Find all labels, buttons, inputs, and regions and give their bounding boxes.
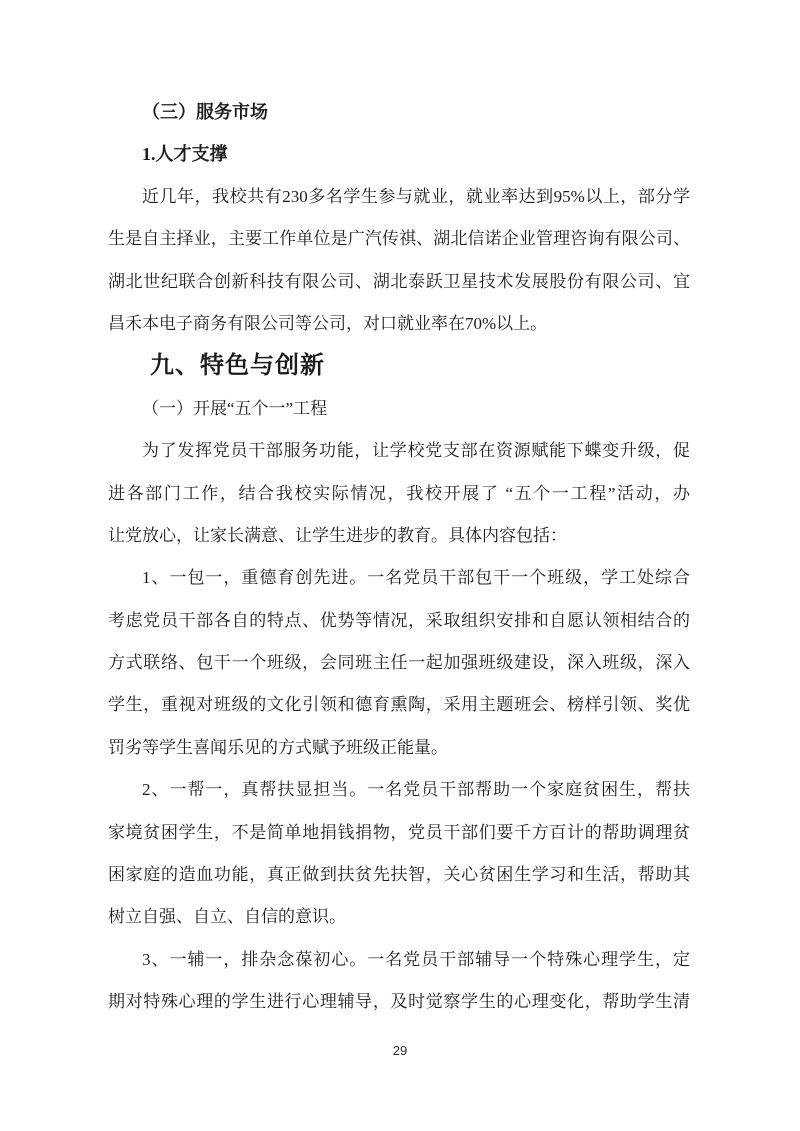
paragraph-line: 学生，重视对班级的文化引领和德育熏陶，采用主题班会、榜样引领、奖优 (108, 684, 690, 726)
paragraph-line-item-3: 3、一辅一，排杂念葆初心。一名党员干部辅导一个特殊心理学生，定 (108, 939, 690, 981)
paragraph-line: 困家庭的造血功能，真正做到扶贫先扶智，关心贫困生学习和生活，帮助其 (108, 854, 690, 896)
section-heading-talent-support: 1.人才支撑 (108, 133, 690, 175)
paragraph-line: 期对特殊心理的学生进行心理辅导，及时觉察学生的心理变化，帮助学生清 (108, 981, 690, 1023)
paragraph-line: 罚劣等学生喜闻乐见的方式赋予班级正能量。 (108, 727, 690, 769)
paragraph-line: 湖北世纪联合创新科技有限公司、湖北泰跃卫星技术发展股份有限公司、宜 (108, 261, 690, 303)
paragraph-line: 方式联络、包干一个班级，会同班主任一起加强班级建设，深入班级，深入 (108, 642, 690, 684)
paragraph-line: 生是自主择业，主要工作单位是广汽传祺、湖北信诺企业管理咨询有限公司、 (108, 218, 690, 260)
page-number: 29 (0, 1043, 800, 1058)
section-heading-service-market: （三）服务市场 (108, 91, 690, 133)
paragraph-line-item-2: 2、一帮一，真帮扶显担当。一名党员干部帮助一个家庭贫困生，帮扶 (108, 769, 690, 811)
document-page: （三）服务市场 1.人才支撑 近几年，我校共有230多名学生参与就业，就业率达到… (0, 0, 800, 1131)
paragraph-line: 进各部门工作，结合我校实际情况，我校开展了 “五个一工程”活动，办 (108, 473, 690, 515)
document-body: （三）服务市场 1.人才支撑 近几年，我校共有230多名学生参与就业，就业率达到… (108, 91, 690, 1024)
paragraph-line: 昌禾本电子商务有限公司等公司，对口就业率在70%以上。 (108, 303, 690, 345)
paragraph-line: 考虑党员干部各自的特点、优势等情况，采取组织安排和自愿认领相结合的 (108, 600, 690, 642)
subsection-heading-five-one-project: （一）开展“五个一”工程 (108, 388, 690, 430)
paragraph-line: 为了发挥党员干部服务功能，让学校党支部在资源赋能下蝶变升级，促 (108, 430, 690, 472)
paragraph-line-item-1: 1、一包一，重德育创先进。一名党员干部包干一个班级，学工处综合 (108, 557, 690, 599)
paragraph-line: 树立自强、自立、自信的意识。 (108, 896, 690, 938)
paragraph-line: 近几年，我校共有230多名学生参与就业，就业率达到95%以上，部分学 (108, 176, 690, 218)
paragraph-line: 家境贫困学生，不是简单地捐钱捐物，党员干部们要千方百计的帮助调理贫 (108, 812, 690, 854)
chapter-heading-features-innovation: 九、特色与创新 (108, 345, 690, 387)
paragraph-line: 让党放心，让家长满意、让学生进步的教育。具体内容包括： (108, 515, 690, 557)
